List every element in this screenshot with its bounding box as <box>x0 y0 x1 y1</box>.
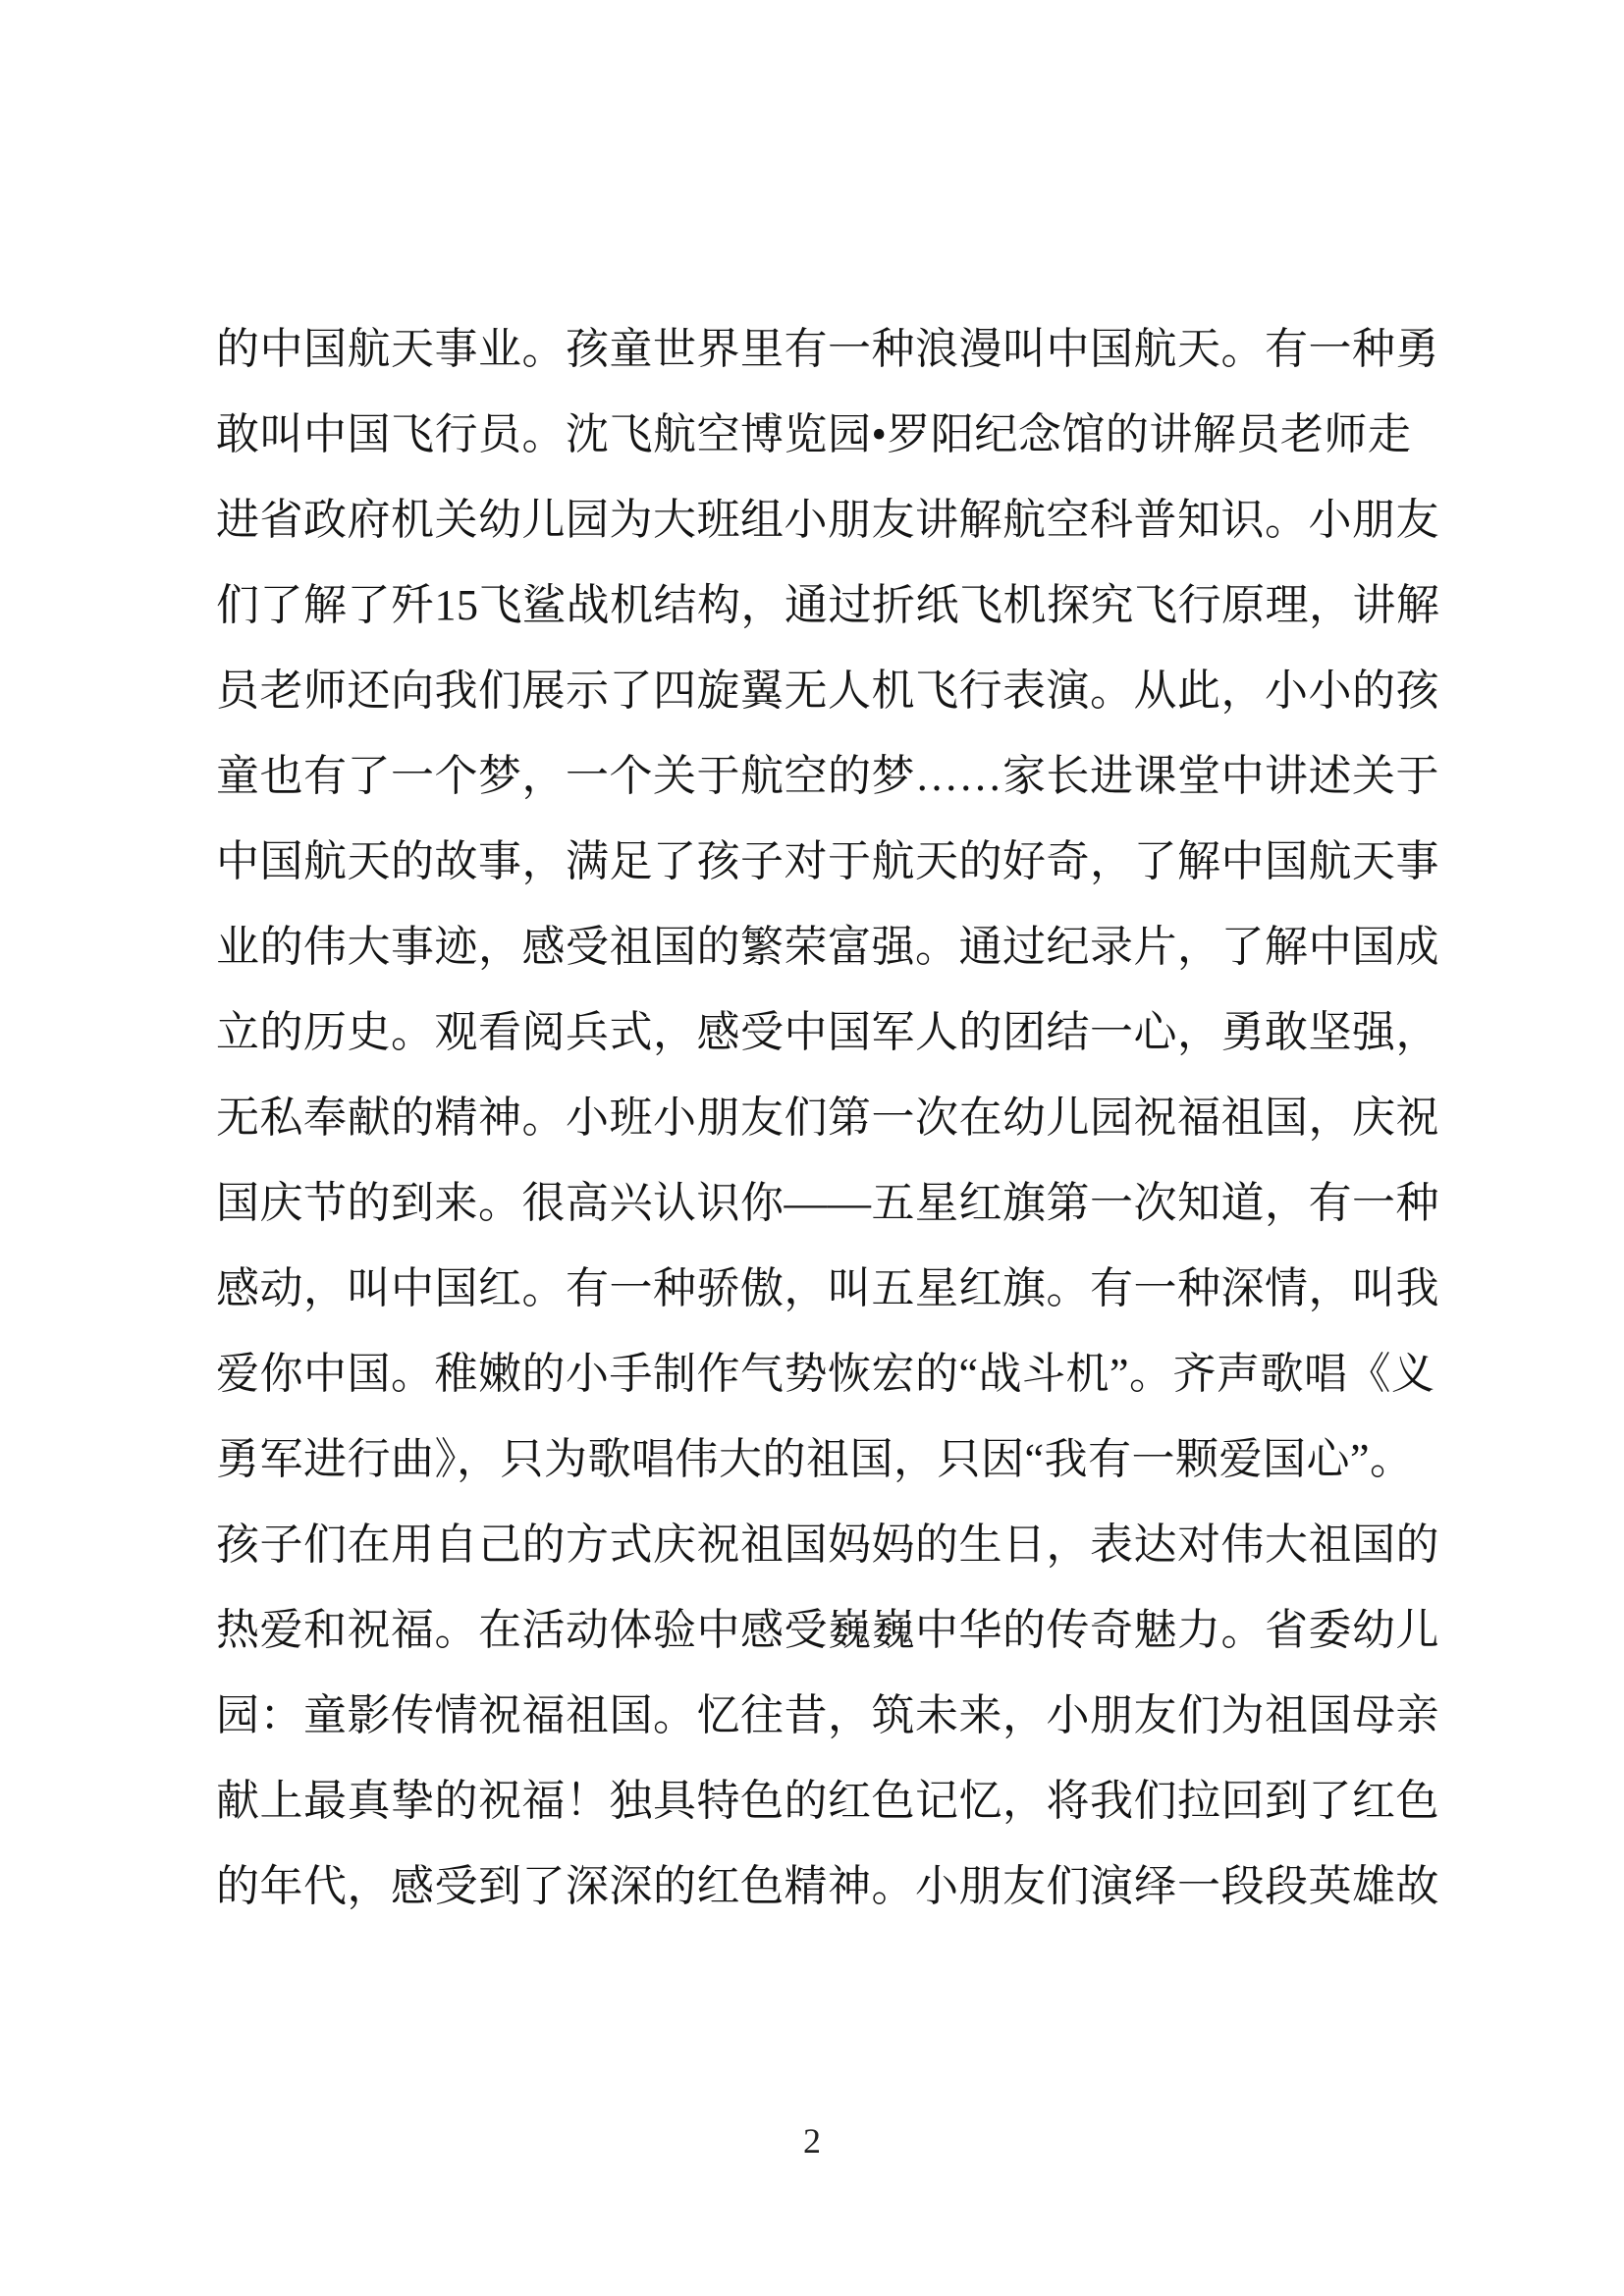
text-line: 爱你中国。稚嫩的小手制作气势恢宏的“战斗机”。齐声歌唱《义 <box>216 1331 1434 1416</box>
text-line: 立的历史。观看阅兵式，感受中国军人的团结一心，勇敢坚强， <box>216 989 1434 1075</box>
text-line: 热爱和祝福。在活动体验中感受巍巍中华的传奇魅力。省委幼儿 <box>216 1587 1434 1673</box>
text-line: 感动，叫中国红。有一种骄傲，叫五星红旗。有一种深情，叫我 <box>216 1246 1434 1331</box>
text-line: 敢叫中国飞行员。沈飞航空博览园•罗阳纪念馆的讲解员老师走 <box>216 392 1434 477</box>
text-line: 进省政府机关幼儿园为大班组小朋友讲解航空科普知识。小朋友 <box>216 477 1434 562</box>
text-line: 园：童影传情祝福祖国。忆往昔，筑未来，小朋友们为祖国母亲 <box>216 1673 1434 1758</box>
text-line: 员老师还向我们展示了四旋翼无人机飞行表演。从此，小小的孩 <box>216 648 1434 733</box>
page-number: 2 <box>0 2120 1624 2162</box>
text-line: 业的伟大事迹，感受祖国的繁荣富强。通过纪录片，了解中国成 <box>216 904 1434 989</box>
text-line: 勇军进行曲》，只为歌唱伟大的祖国，只因“我有一颗爱国心”。 <box>216 1416 1434 1502</box>
text-line: 的中国航天事业。孩童世界里有一种浪漫叫中国航天。有一种勇 <box>216 306 1434 392</box>
text-line: 们了解了歼15飞鲨战机结构，通过折纸飞机探究飞行原理，讲解 <box>216 562 1434 648</box>
text-line: 中国航天的故事，满足了孩子对于航天的好奇，了解中国航天事 <box>216 819 1434 904</box>
document-page: 的中国航天事业。孩童世界里有一种浪漫叫中国航天。有一种勇 敢叫中国飞行员。沈飞航… <box>0 0 1624 2296</box>
text-line: 国庆节的到来。很高兴认识你——五星红旗第一次知道，有一种 <box>216 1160 1434 1246</box>
text-line: 献上最真挚的祝福！独具特色的红色记忆，将我们拉回到了红色 <box>216 1758 1434 1843</box>
text-line: 孩子们在用自己的方式庆祝祖国妈妈的生日，表达对伟大祖国的 <box>216 1502 1434 1587</box>
text-line: 童也有了一个梦，一个关于航空的梦……家长进课堂中讲述关于 <box>216 733 1434 819</box>
document-body: 的中国航天事业。孩童世界里有一种浪漫叫中国航天。有一种勇 敢叫中国飞行员。沈飞航… <box>216 306 1434 1929</box>
text-line: 的年代，感受到了深深的红色精神。小朋友们演绎一段段英雄故 <box>216 1843 1434 1929</box>
text-line: 无私奉献的精神。小班小朋友们第一次在幼儿园祝福祖国，庆祝 <box>216 1075 1434 1160</box>
